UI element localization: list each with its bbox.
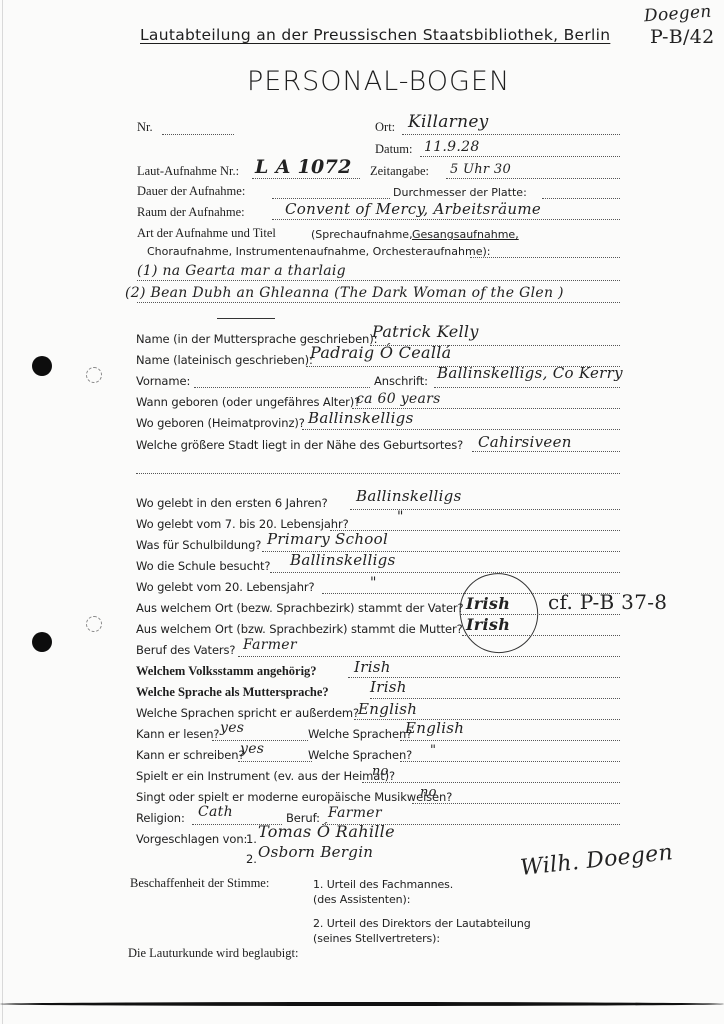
beruf-vater-value: Farmer xyxy=(243,637,297,653)
blank-line xyxy=(136,473,620,474)
laut-aufnahme-value: L A 1072 xyxy=(255,156,352,178)
ausserdem-label: Welche Sprachen spricht er außerdem? xyxy=(136,706,359,720)
schreiben-value: yes xyxy=(240,741,264,757)
besucht-value: Ballinskelligs xyxy=(290,551,396,569)
durchmesser-label: Durchmesser der Platte: xyxy=(393,186,527,199)
reinforcement-ring-icon xyxy=(86,367,102,383)
stadt-value: Cahirsiveen xyxy=(478,433,572,451)
page-bottom-edge xyxy=(0,1002,724,1006)
schreiben-sprachen-value: " xyxy=(430,743,436,758)
beruf-vater-field xyxy=(238,656,620,657)
datum-value: 11.9.28 xyxy=(424,139,480,155)
sieben-value: " xyxy=(397,509,404,525)
raum-field xyxy=(272,219,620,220)
laut-aufnahme-field xyxy=(252,178,360,179)
wo-geboren-label: Wo geboren (Heimatprovinz)? xyxy=(136,416,305,430)
schule-value: Primary School xyxy=(267,530,388,548)
divider xyxy=(217,318,275,319)
zeitangabe-field xyxy=(446,178,620,179)
punch-hole-icon xyxy=(32,356,52,376)
raum-label: Raum der Aufnahme: xyxy=(137,205,245,220)
institution-header: Lautabteilung an der Preussischen Staats… xyxy=(140,26,610,44)
vorgeschlagen-label: Vorgeschlagen von: xyxy=(136,832,247,846)
anschrift-value: Ballinskelligs, Co Kerry xyxy=(437,364,623,382)
archive-note: Doegen xyxy=(643,2,712,27)
schule-label: Was für Schulbildung? xyxy=(136,538,261,552)
instrument-label: Spielt er ein Instrument (ev. aus der He… xyxy=(136,769,395,783)
stadt-label: Welche größere Stadt liegt in der Nähe d… xyxy=(136,438,463,452)
name-latein-value: Padraig Ó Ceallá xyxy=(310,343,452,362)
vorschlag-1-value: Tomas Ó Rahille xyxy=(258,822,395,841)
durchmesser-field xyxy=(542,198,620,199)
dauer-label: Dauer der Aufnahme: xyxy=(137,184,245,199)
name-mutter-value: Patrick Kelly xyxy=(372,322,479,341)
musik-value: no xyxy=(420,785,437,800)
mutter-label: Aus welchem Ort (bzw. Sprachbezirk) stam… xyxy=(136,622,463,636)
zeitangabe-label: Zeitangabe: xyxy=(370,164,429,179)
erste-jahre-value: Ballinskelligs xyxy=(356,487,462,505)
laut-aufnahme-label: Laut-Aufnahme Nr.: xyxy=(137,164,239,179)
schreiben-sprachen-field xyxy=(400,761,620,762)
art-label: Art der Aufnahme und Titel xyxy=(137,226,276,241)
schreiben-sprachen-label: Welche Sprachen? xyxy=(308,748,412,762)
vorschlag-2-number: 2. xyxy=(246,852,257,866)
lesen-sprachen-value: English xyxy=(405,719,464,737)
vater-label: Aus welchem Ort (bezw. Sprachbezirk) sta… xyxy=(136,601,464,615)
ort-value: Killarney xyxy=(408,112,489,132)
ort-label: Ort: xyxy=(375,120,395,135)
reinforcement-ring-icon xyxy=(86,616,102,632)
art-field xyxy=(470,257,620,258)
urteil-2-label: 2. Urteil des Direktors der Lautabteilun… xyxy=(313,917,531,930)
circle-annotation xyxy=(453,566,546,660)
urteil-1-label: 1. Urteil des Fachmannes. xyxy=(313,878,453,891)
lesen-value: yes xyxy=(220,720,244,736)
sieben-label: Wo gelebt vom 7. bis 20. Lebensjahr? xyxy=(136,517,349,531)
anschrift-field xyxy=(434,387,620,388)
zwanzig-value: " xyxy=(370,575,377,591)
urteil-2-sub: (seines Stellvertreters): xyxy=(313,932,440,945)
punch-hole-icon xyxy=(32,632,52,652)
art-gesang-selected: Gesangsaufnahme, xyxy=(412,228,519,241)
dauer-field xyxy=(272,198,390,199)
nr-field xyxy=(162,134,234,135)
archive-number: P-B/42 xyxy=(650,26,715,48)
zeitangabe-value: 5 Uhr 30 xyxy=(450,162,511,177)
datum-label: Datum: xyxy=(375,142,413,157)
page-edge xyxy=(2,0,3,1024)
urteil-1-sub: (des Assistenten): xyxy=(313,893,410,906)
nr-label: Nr. xyxy=(137,120,153,135)
vorschlag-1-number: 1. xyxy=(246,832,257,846)
anschrift-label: Anschrift: xyxy=(374,374,428,388)
erste-jahre-field xyxy=(350,509,620,510)
beglaubigt-label: Die Lauturkunde wird beglaubigt: xyxy=(128,946,298,961)
stimme-label: Beschaffenheit der Stimme: xyxy=(130,876,269,891)
volksstamm-label: Welchem Volksstamm angehörig? xyxy=(136,664,317,679)
wo-geboren-field xyxy=(302,429,620,430)
besucht-label: Wo die Schule besucht? xyxy=(136,559,270,573)
musik-label: Singt oder spielt er moderne europäische… xyxy=(136,790,452,804)
musik-field xyxy=(412,803,620,804)
religion-value: Cath xyxy=(198,804,233,820)
name-latein-label: Name (lateinisch geschrieben): xyxy=(136,353,313,367)
besucht-field xyxy=(270,572,620,573)
signature: Wilh. Doegen xyxy=(519,840,674,881)
beruf-value: Farmer xyxy=(328,805,382,821)
ausserdem-field xyxy=(354,719,620,720)
cross-reference: cf. P-B 37-8 xyxy=(548,590,667,614)
art-sprech: (Sprechaufnahme, xyxy=(311,228,413,241)
stadt-field xyxy=(472,451,620,452)
ort-field xyxy=(402,134,620,135)
schreiben-field xyxy=(238,761,312,762)
title-line-1 xyxy=(137,280,620,281)
geboren-label: Wann geboren (oder ungefähres Alter)? xyxy=(136,395,360,409)
lesen-label: Kann er lesen? xyxy=(136,727,219,741)
wo-geboren-value: Ballinskelligs xyxy=(308,409,414,427)
mutter-field xyxy=(462,635,620,636)
ausserdem-value: English xyxy=(358,700,417,718)
zwanzig-label: Wo gelebt vom 20. Lebensjahr? xyxy=(136,580,315,594)
recording-title-1: (1) na Gearta mar a tharlaig xyxy=(137,263,346,279)
recording-title-2: (2) Bean Dubh an Ghleanna (The Dark Woma… xyxy=(125,285,564,301)
page-title: PERSONAL-BOGEN xyxy=(247,66,510,97)
beruf-vater-label: Beruf des Vaters? xyxy=(136,643,235,657)
title-line-2 xyxy=(137,302,620,303)
lesen-sprachen-field xyxy=(400,740,620,741)
vorname-field xyxy=(194,387,370,388)
schreiben-label: Kann er schreiben? xyxy=(136,748,244,762)
lesen-sprachen-label: Welche Sprachen? xyxy=(308,727,412,741)
volksstamm-value: Irish xyxy=(354,658,391,676)
vater-value: Irish xyxy=(466,594,510,613)
vorschlag-2-value: Osborn Bergin xyxy=(258,843,373,861)
mutter-value: Irish xyxy=(466,615,510,634)
raum-value: Convent of Mercy, Arbeitsräume xyxy=(285,200,541,218)
muttersprache-field xyxy=(370,698,620,699)
instrument-value: no xyxy=(372,764,389,779)
art-options: Choraufnahme, Instrumentenaufnahme, Orch… xyxy=(147,245,490,258)
geboren-value: ca 60 years xyxy=(356,391,441,407)
instrument-field xyxy=(362,782,620,783)
religion-label: Religion: xyxy=(136,811,185,825)
vorname-label: Vorname: xyxy=(136,374,190,388)
datum-field xyxy=(420,156,620,157)
erste-jahre-label: Wo gelebt in den ersten 6 Jahren? xyxy=(136,496,328,510)
muttersprache-value: Irish xyxy=(370,678,407,696)
muttersprache-label: Welche Sprache als Muttersprache? xyxy=(136,685,329,700)
